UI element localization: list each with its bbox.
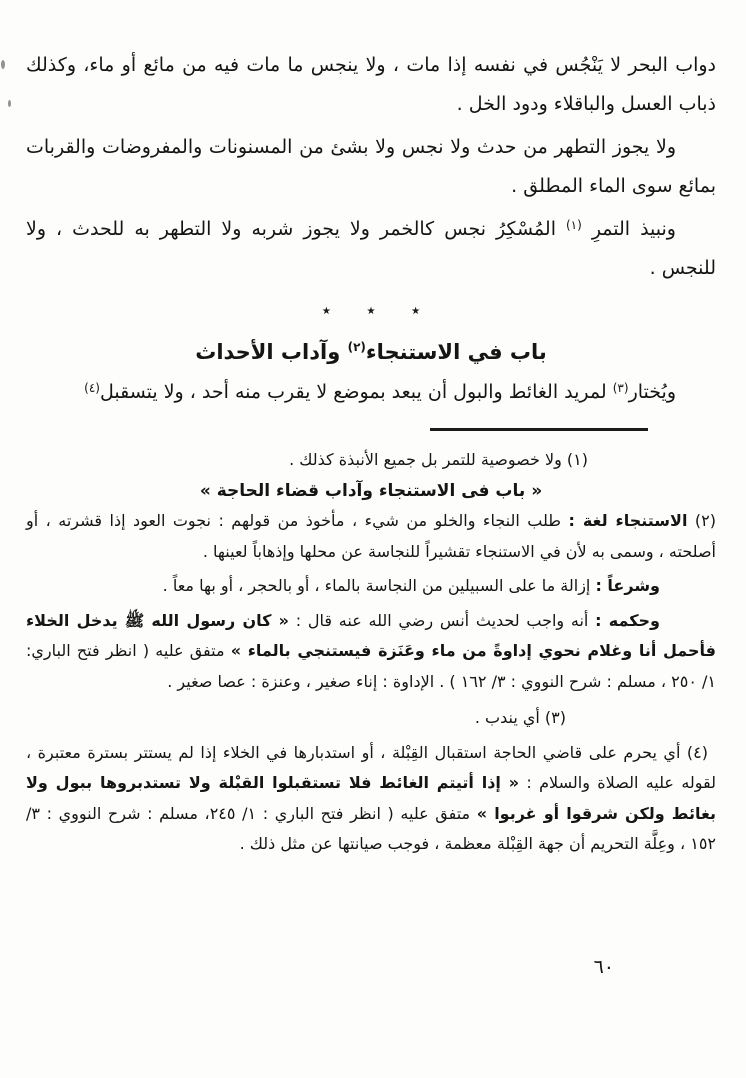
footnote-separator-rule	[430, 428, 648, 431]
paragraph-date-wine: ونبيذ التمرِ (١) المُسْكِرُ نجس كالخمر و…	[26, 210, 716, 288]
asterisk-separator: ٭ ٭ ٭	[26, 292, 716, 331]
footnote-section-header: « باب فى الاستنجاء وآداب قضاء الحاجة »	[26, 476, 716, 507]
footnotes-block: (١) ولا خصوصية للتمر بل جميع الأنبذة كذل…	[0, 445, 746, 860]
footnote-ref-4: (٤)	[84, 381, 100, 395]
chapter-heading: باب في الاستنجاء(٢) وآداب الأحداث	[26, 331, 716, 373]
footnote-1: (١) ولا خصوصية للتمر بل جميع الأنبذة كذل…	[26, 445, 716, 476]
footnote-ref-1: (١)	[566, 218, 582, 232]
paragraph-purification-rule: ولا يجوز التطهر من حدث ولا نجس ولا بشئ م…	[26, 128, 716, 206]
scan-speck	[1, 60, 5, 69]
footnote-2-ruling: وحكمه : أنه واجب لحديث أنس رضي الله عنه …	[26, 606, 716, 698]
paragraph-sea-creatures: دواب البحر لا يَنْجُس في نفسه إذا مات ، …	[26, 46, 716, 124]
paragraph-text: دواب البحر لا يَنْجُس في نفسه إذا مات ، …	[26, 54, 716, 115]
footnote-term: الاستنجاء لغة :	[568, 511, 687, 530]
chapter-heading-text: وآداب الأحداث	[195, 340, 340, 364]
footnote-number: (٢)	[695, 511, 716, 530]
footnote-4: (٤) أي يحرم على قاضي الحاجة استقبال القِ…	[26, 738, 716, 860]
paragraph-relieving-oneself: ويُختار(٣) لمريد الغائط والبول أن يبعد ب…	[26, 373, 716, 412]
scan-speck	[8, 100, 11, 107]
paragraph-text: ونبيذ التمرِ	[592, 218, 676, 240]
footnote-ref-3: (٣)	[613, 381, 629, 395]
main-text-block: دواب البحر لا يَنْجُس في نفسه إذا مات ، …	[0, 0, 746, 412]
paragraph-text: ويُختار	[629, 381, 676, 403]
footnote-2-definition: (٢) الاستنجاء لغة : طلب النجاء والخلو من…	[26, 506, 716, 567]
footnote-text: إزالة ما على السبيلين من النجاسة بالماء …	[163, 576, 591, 595]
footnote-2-sharia-definition: وشرعاً : إزالة ما على السبيلين من النجاس…	[26, 571, 716, 602]
footnote-term: وشرعاً :	[595, 576, 660, 595]
paragraph-text: لمريد الغائط والبول أن يبعد بموضع لا يقر…	[100, 381, 607, 403]
footnote-text: أنه واجب لحديث أنس رضي الله عنه قال :	[296, 611, 589, 630]
book-page: دواب البحر لا يَنْجُس في نفسه إذا مات ، …	[0, 0, 746, 1078]
chapter-heading-text: باب في الاستنجاء	[366, 340, 547, 364]
footnote-ref-2: (٢)	[348, 340, 366, 354]
footnote-term: وحكمه :	[595, 611, 660, 630]
page-number: ٦٠	[594, 956, 614, 978]
paragraph-text: ولا يجوز التطهر من حدث ولا نجس ولا بشئ م…	[26, 136, 716, 197]
footnote-3: (٣) أي يندب .	[26, 703, 716, 734]
